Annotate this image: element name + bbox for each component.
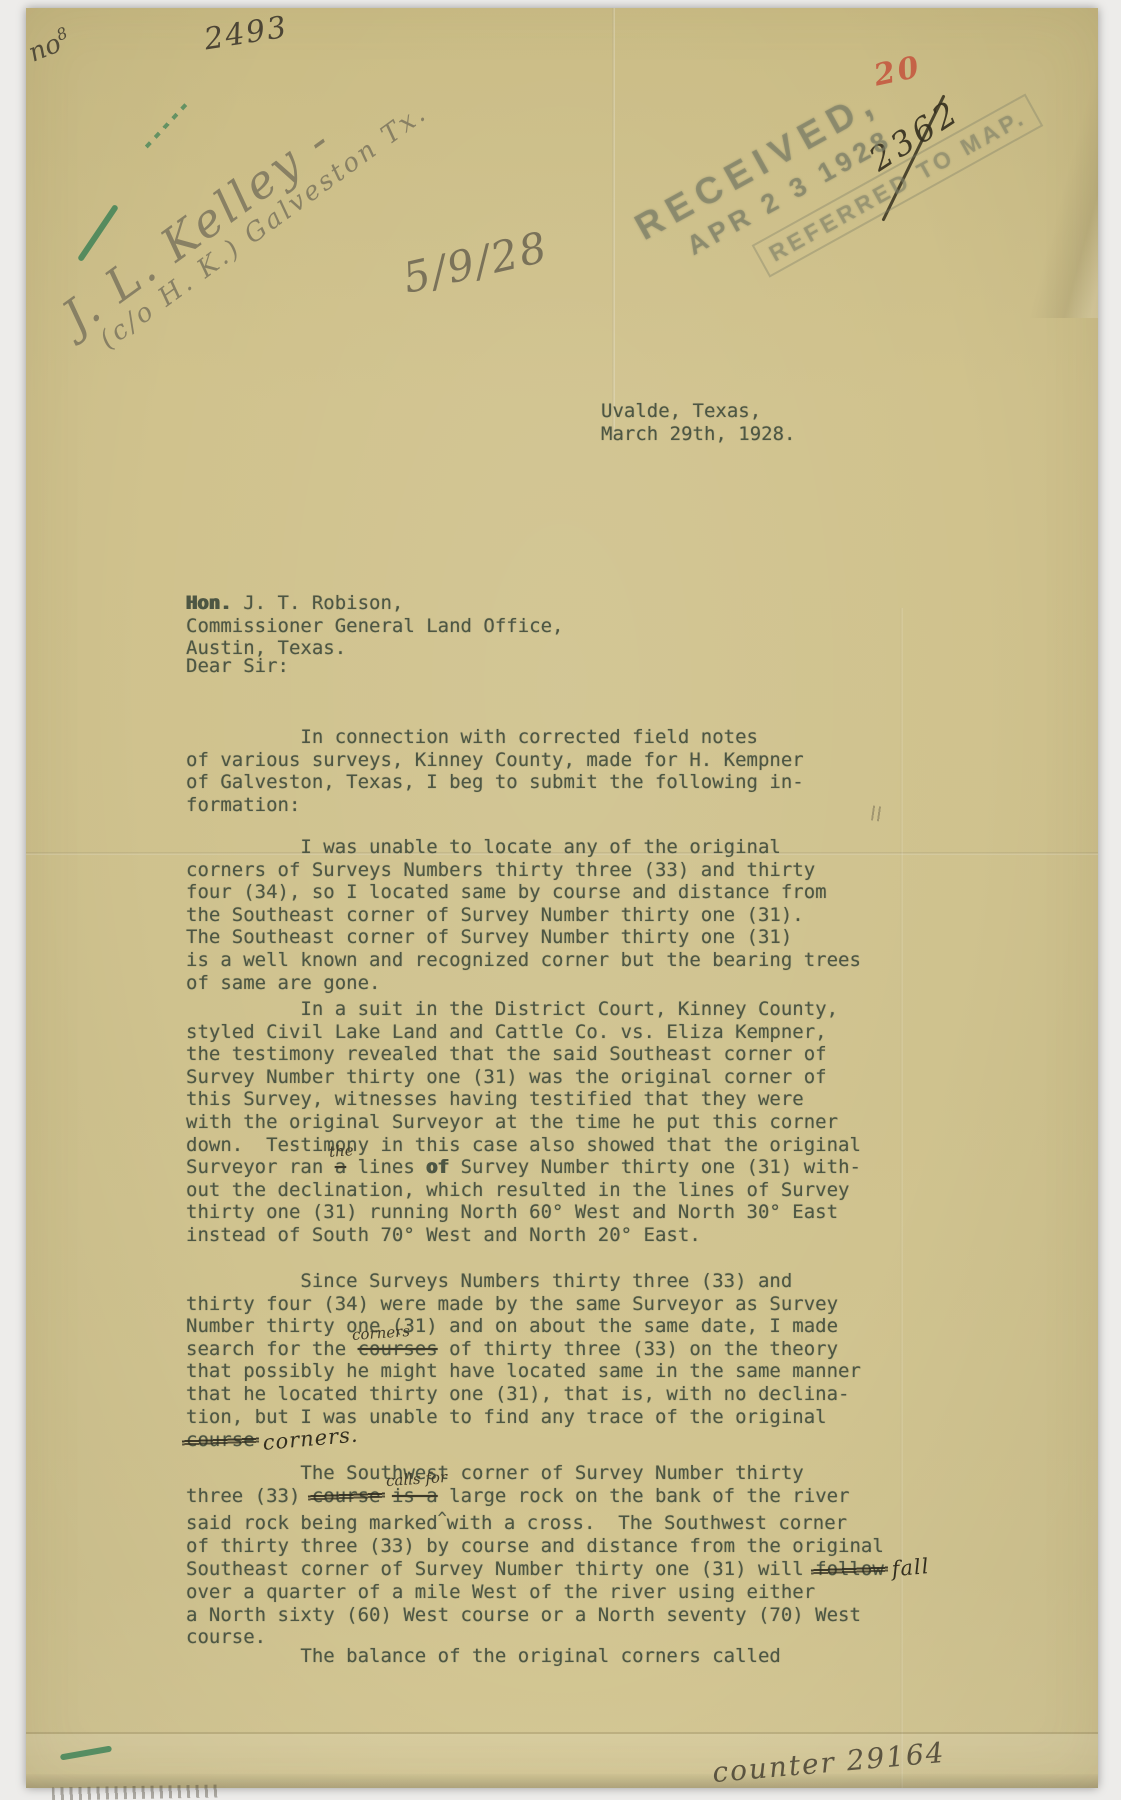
typed-text: The Southeast corner of Survey Number th…: [186, 926, 792, 948]
text-line: a North sixty (60) West course or a Nort…: [186, 1604, 929, 1627]
typed-text: In connection with corrected field notes: [186, 726, 758, 748]
typed-text: course: [312, 1485, 381, 1508]
paragraph-4: Since Surveys Numbers thirty three (33) …: [186, 1270, 861, 1452]
salutation-text: Dear Sir:: [186, 655, 289, 677]
text-line: March 29th, 1928.: [601, 423, 795, 446]
salutation: Dear Sir:: [186, 655, 289, 678]
text-line: Commissioner General Land Office,: [186, 615, 564, 638]
typed-text: over a quarter of a mile West of the riv…: [186, 1581, 815, 1603]
typed-text: Surveyor ran: [186, 1156, 335, 1178]
typed-text: that possibly he might have located same…: [186, 1360, 861, 1382]
struck-text-with-correction: coursescorners: [358, 1338, 438, 1361]
scanned-letter-screenshot: { "colors": { "paper": "#cfc28e", "typed…: [0, 0, 1121, 1800]
typed-text: with a cross. The Southwest corner: [447, 1512, 847, 1534]
text-line: formation:: [186, 794, 804, 817]
typed-text: Survey Number thirty one (31) was the or…: [186, 1066, 827, 1088]
dateline: Uvalde, Texas,March 29th, 1928.: [601, 400, 795, 445]
text-line: Surveyor ran athe lines of Survey Number…: [186, 1156, 861, 1179]
text-line: this Survey, witnesses having testified …: [186, 1088, 861, 1111]
typed-text: out the declination, which resulted in t…: [186, 1179, 849, 1201]
text-line: of Galveston, Texas, I beg to submit the…: [186, 771, 804, 794]
text-line: that possibly he might have located same…: [186, 1360, 861, 1383]
typed-text: corners of Surveys Numbers thirty three …: [186, 859, 815, 881]
typed-text: I was unable to locate any of the origin…: [186, 836, 781, 858]
typed-text: J. T. Robison,: [232, 592, 404, 614]
text-line: four (34), so I located same by course a…: [186, 881, 861, 904]
text-line: of thirty three (33) by course and dista…: [186, 1535, 929, 1558]
text-line: corners of Surveys Numbers thirty three …: [186, 859, 861, 882]
typed-text: the testimony revealed that the said Sou…: [186, 1043, 827, 1065]
text-line: of same are gone.: [186, 972, 861, 995]
typed-text: search for the: [186, 1338, 358, 1360]
paragraph-2: I was unable to locate any of the origin…: [186, 836, 861, 994]
typed-text: instead of South 70° West and North 20° …: [186, 1224, 701, 1246]
text-line: is a well known and recognized corner bu…: [186, 949, 861, 972]
text-line: Uvalde, Texas,: [601, 400, 795, 423]
typed-text: Uvalde, Texas,: [601, 400, 761, 422]
text-line: three (33) course is acalls for large ro…: [186, 1485, 929, 1508]
typed-text: of Galveston, Texas, I beg to submit the…: [186, 771, 804, 793]
typed-text: The balance of the original corners call…: [186, 1645, 781, 1667]
text-line: over a quarter of a mile West of the riv…: [186, 1581, 929, 1604]
text-line: In a suit in the District Court, Kinney …: [186, 998, 861, 1021]
text-line: tion, but I was unable to find any trace…: [186, 1406, 861, 1429]
paragraph-5: The Southwest corner of Survey Number th…: [186, 1462, 929, 1649]
typed-text: follow: [815, 1558, 884, 1581]
typed-text: course: [186, 1429, 255, 1452]
typed-text: of thirty three (33) by course and dista…: [186, 1535, 884, 1557]
typed-text: In a suit in the District Court, Kinney …: [186, 998, 838, 1020]
typed-text: Number thirty one (31) and on about the …: [186, 1315, 838, 1337]
typed-text: with the original Surveyor at the time h…: [186, 1111, 838, 1133]
typed-text: Hon.: [186, 592, 232, 614]
text-line: Survey Number thirty one (31) was the or…: [186, 1066, 861, 1089]
typed-text: March 29th, 1928.: [601, 423, 795, 445]
typed-text: a North sixty (60) West course or a Nort…: [186, 1604, 861, 1626]
text-line: instead of South 70° West and North 20° …: [186, 1224, 861, 1247]
typed-text: of various surveys, Kinney County, made …: [186, 749, 804, 771]
typed-text: down. Testimony in this case also showed…: [186, 1134, 861, 1156]
text-line: search for the coursescorners of thirty …: [186, 1338, 861, 1361]
typed-text: four (34), so I located same by course a…: [186, 881, 827, 903]
typed-text: of thirty three (33) on the theory: [438, 1338, 838, 1360]
text-line: of various surveys, Kinney County, made …: [186, 749, 804, 772]
paragraph-6: The balance of the original corners call…: [186, 1645, 781, 1668]
paragraph-1: In connection with corrected field notes…: [186, 726, 804, 816]
text-line: out the declination, which resulted in t…: [186, 1179, 861, 1202]
struck-text-with-correction: athe: [335, 1156, 346, 1179]
struck-text-with-correction: is acalls for: [392, 1485, 438, 1508]
text-line: the Southeast corner of Survey Number th…: [186, 904, 861, 927]
typed-text: large rock on the bank of the river: [438, 1485, 850, 1507]
cutoff-pencil-scrawl: [52, 1785, 220, 1800]
handwritten-correction: fall: [883, 1555, 930, 1581]
paper-crease-vertical: [612, 8, 615, 438]
text-line: down. Testimony in this case also showed…: [186, 1134, 861, 1157]
text-line: styled Civil Lake Land and Cattle Co. vs…: [186, 1021, 861, 1044]
typed-text: that he located thirty one (31), that is…: [186, 1383, 849, 1405]
typed-text: Commissioner General Land Office,: [186, 615, 564, 637]
typed-text: of same are gone.: [186, 972, 380, 994]
typed-text: Southeast corner of Survey Number thirty…: [186, 1558, 815, 1580]
text-line: The balance of the original corners call…: [186, 1645, 781, 1668]
typed-text: tion, but I was unable to find any trace…: [186, 1406, 827, 1428]
typed-text: styled Civil Lake Land and Cattle Co. vs…: [186, 1021, 827, 1043]
handwritten-correction: corners.: [254, 1424, 359, 1456]
text-line: Southeast corner of Survey Number thirty…: [186, 1557, 929, 1581]
typed-text: Survey Number thirty one (31) with-: [449, 1156, 861, 1178]
typed-text: thirty one (31) running North 60° West a…: [186, 1201, 838, 1223]
text-line: The Southwest corner of Survey Number th…: [186, 1462, 929, 1485]
text-line: The Southeast corner of Survey Number th…: [186, 926, 861, 949]
typed-text: lines: [346, 1156, 426, 1178]
text-line: thirty four (34) were made by the same S…: [186, 1293, 861, 1316]
typed-text: this Survey, witnesses having testified …: [186, 1088, 804, 1110]
typed-text: the Southeast corner of Survey Number th…: [186, 904, 804, 926]
text-line: Hon. J. T. Robison,: [186, 592, 564, 615]
paper-corner-shade: [1018, 38, 1098, 318]
typed-text: Since Surveys Numbers thirty three (33) …: [186, 1270, 792, 1292]
text-line: the testimony revealed that the said Sou…: [186, 1043, 861, 1066]
typed-text: is a well known and recognized corner bu…: [186, 949, 861, 971]
typed-text: of: [426, 1156, 449, 1178]
typed-text: three (33): [186, 1485, 312, 1507]
text-line: with the original Surveyor at the time h…: [186, 1111, 861, 1134]
text-line: In connection with corrected field notes: [186, 726, 804, 749]
typed-text: ^: [438, 1509, 447, 1527]
typed-text: thirty four (34) were made by the same S…: [186, 1293, 838, 1315]
typed-text: said rock being marked: [186, 1512, 438, 1534]
text-line: Since Surveys Numbers thirty three (33) …: [186, 1270, 861, 1293]
text-line: that he located thirty one (31), that is…: [186, 1383, 861, 1406]
typed-text: The Southwest corner of Survey Number th…: [186, 1462, 804, 1484]
paragraph-3: In a suit in the District Court, Kinney …: [186, 998, 861, 1247]
text-line: said rock being marked^with a cross. The…: [186, 1507, 929, 1535]
text-line: Number thirty one (31) and on about the …: [186, 1315, 861, 1338]
text-line: thirty one (31) running North 60° West a…: [186, 1201, 861, 1224]
address-block: Hon. J. T. Robison,Commissioner General …: [186, 592, 564, 660]
text-line: I was unable to locate any of the origin…: [186, 836, 861, 859]
typed-text: formation:: [186, 794, 300, 816]
text-line: course corners.: [186, 1428, 861, 1452]
